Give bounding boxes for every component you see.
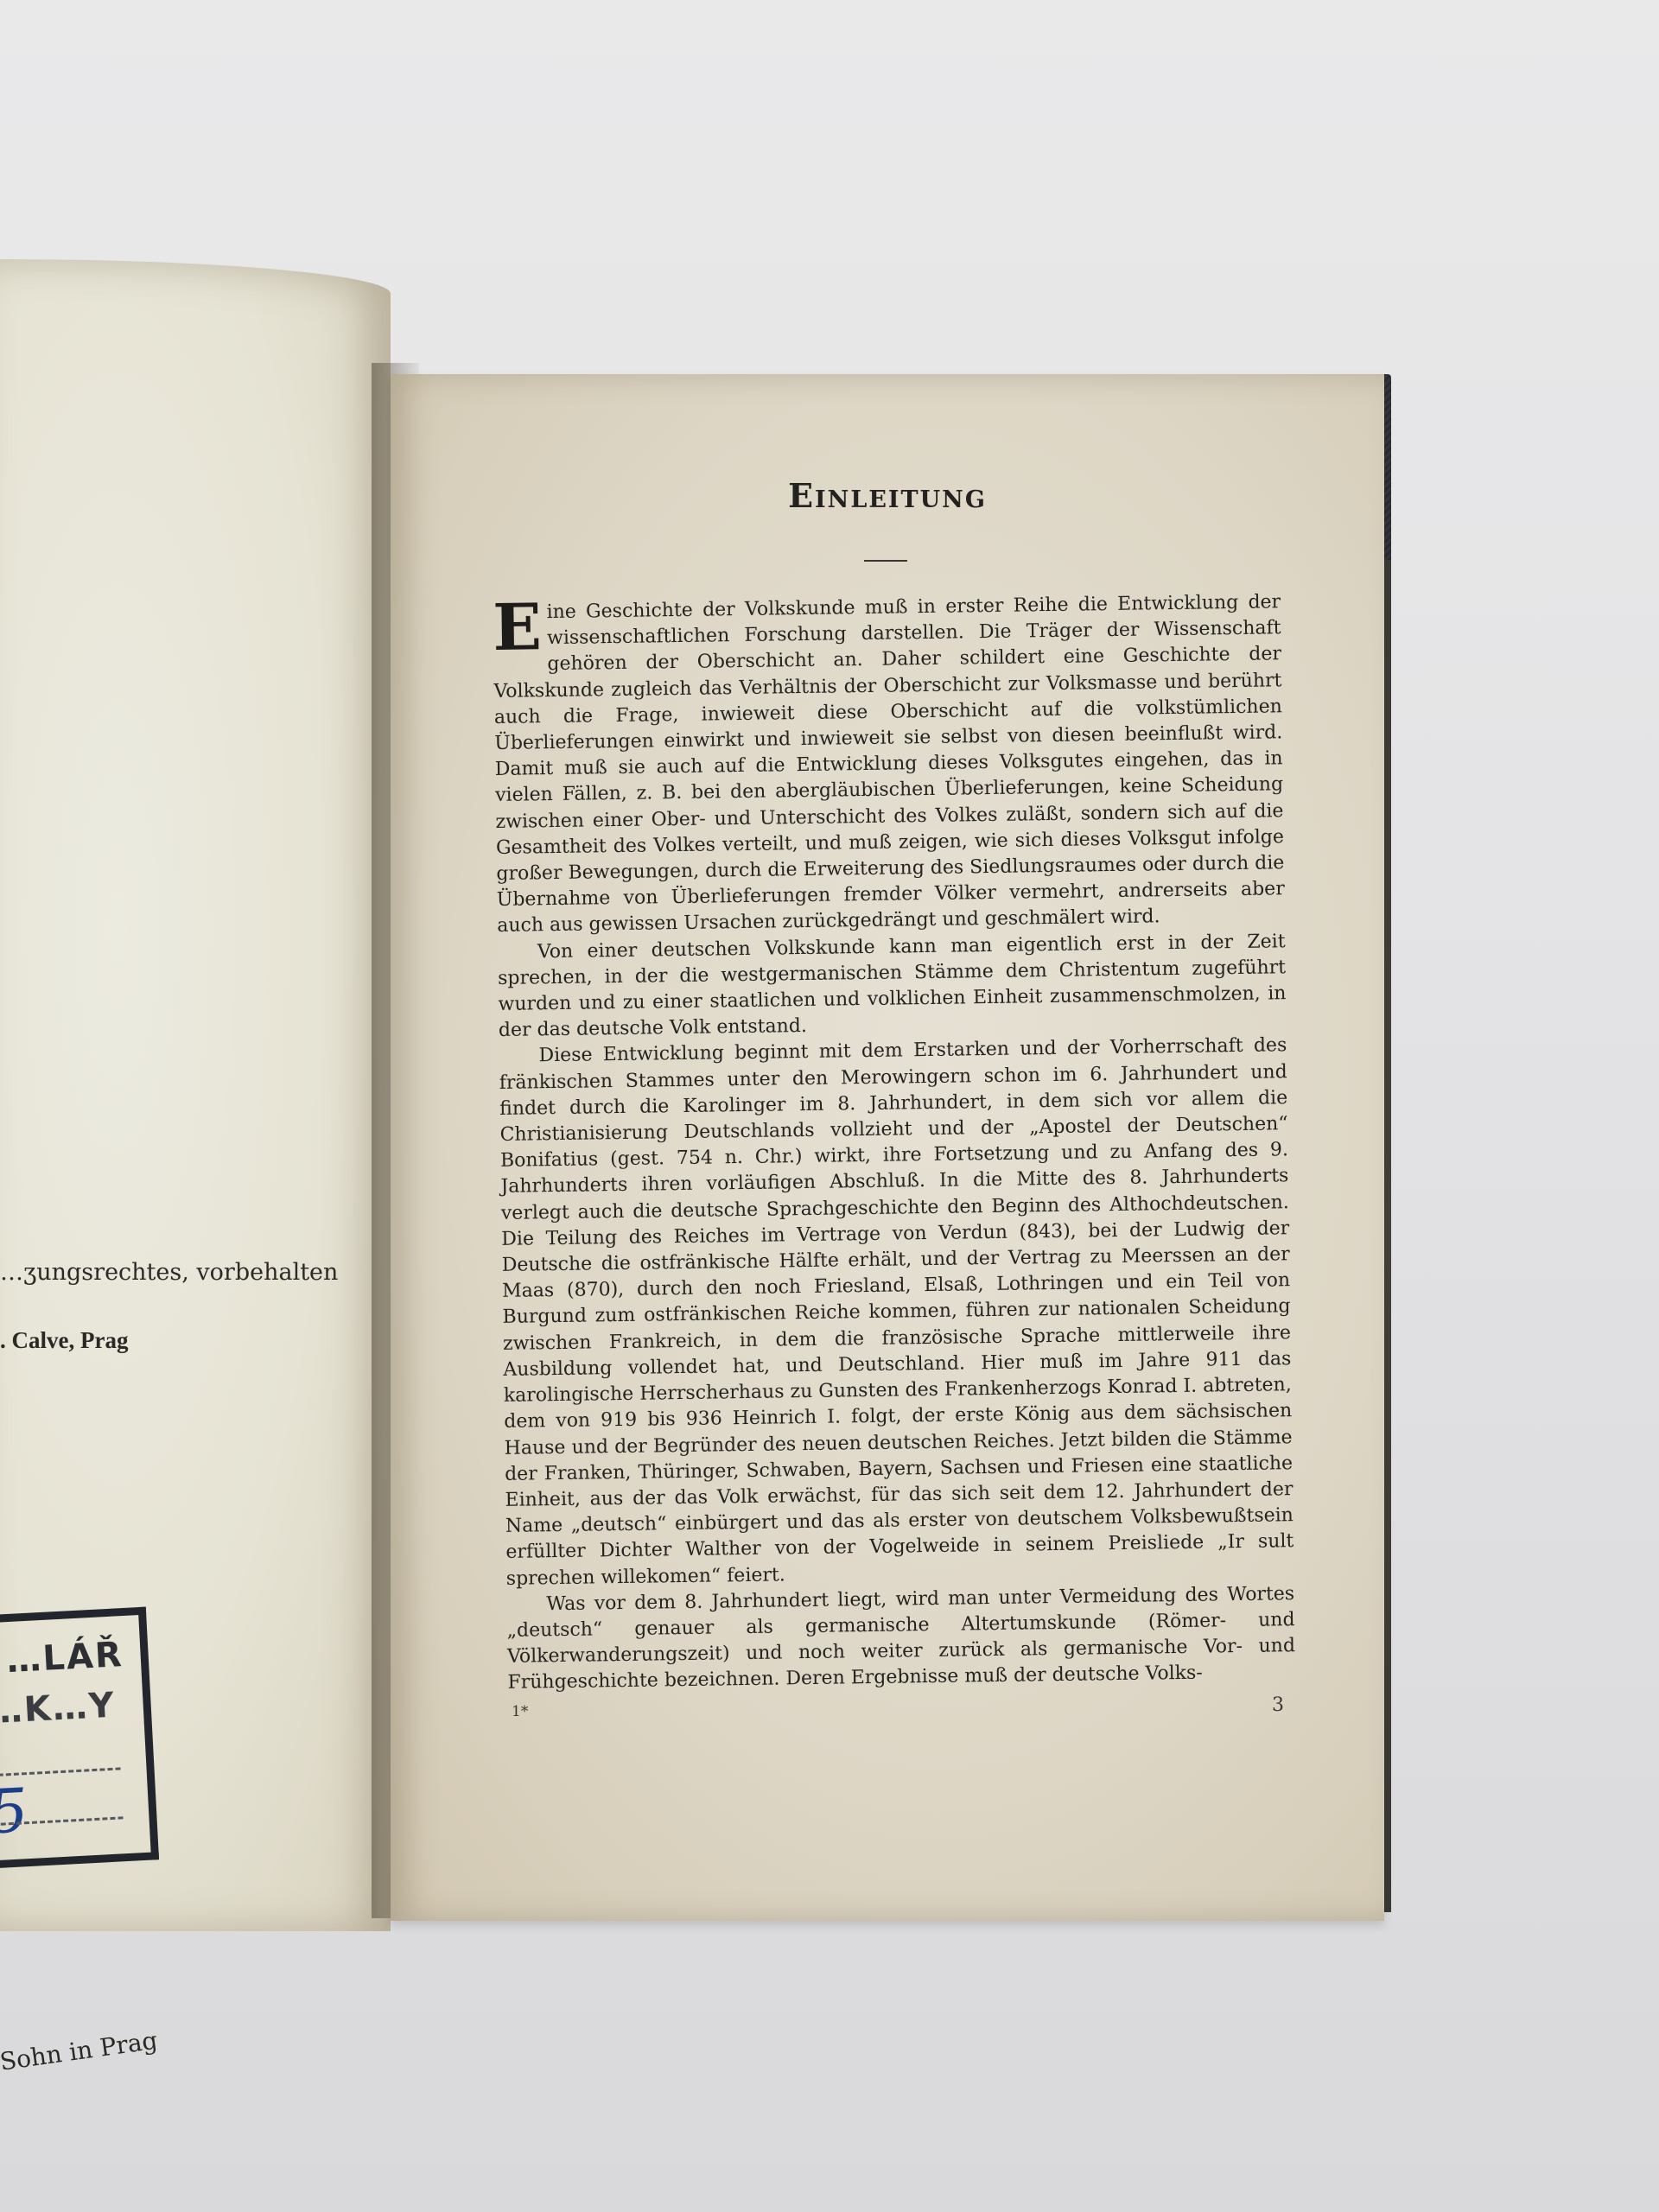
left-page: …ʒungsrechtes, vorbehalten . Calve, Prag…: [0, 259, 391, 1931]
publisher-line: . Calve, Prag: [0, 1327, 128, 1354]
right-page: Einleitung Eine Geschichte der Volkskund…: [391, 374, 1384, 1921]
paragraph-text: ine Geschichte der Volkskunde muß in ers…: [493, 591, 1285, 937]
title-rule: [864, 560, 907, 562]
library-stamp: …LÁŘ …K…Y 5: [0, 1607, 159, 1869]
paragraph: Eine Geschichte der Volkskunde muß in er…: [493, 589, 1285, 939]
signature-mark: 1*: [512, 1703, 528, 1720]
stamp-handwritten-number: 5: [0, 1775, 30, 1847]
stamp-line-2: …K…Y: [0, 1686, 117, 1732]
printer-line: Sohn in Prag: [0, 2026, 159, 2076]
stamp-line-1: …LÁŘ: [5, 1635, 124, 1681]
rights-reserved-line: …ʒungsrechtes, vorbehalten: [0, 1259, 338, 1286]
drop-cap: E: [493, 601, 542, 654]
paragraph: Diese Entwicklung beginnt mit dem Erstar…: [499, 1033, 1294, 1592]
chapter-body: Eine Geschichte der Volkskunde muß in er…: [493, 589, 1296, 1696]
page-number: 3: [1272, 1694, 1284, 1716]
chapter-title: Einleitung: [391, 476, 1384, 515]
paragraph: Was vor dem 8. Jahrhundert liegt, wird m…: [506, 1581, 1296, 1697]
photo-scene: …ʒungsrechtes, vorbehalten . Calve, Prag…: [0, 0, 1659, 2212]
paragraph: Von einer deutschen Volkskunde kann man …: [497, 929, 1287, 1045]
